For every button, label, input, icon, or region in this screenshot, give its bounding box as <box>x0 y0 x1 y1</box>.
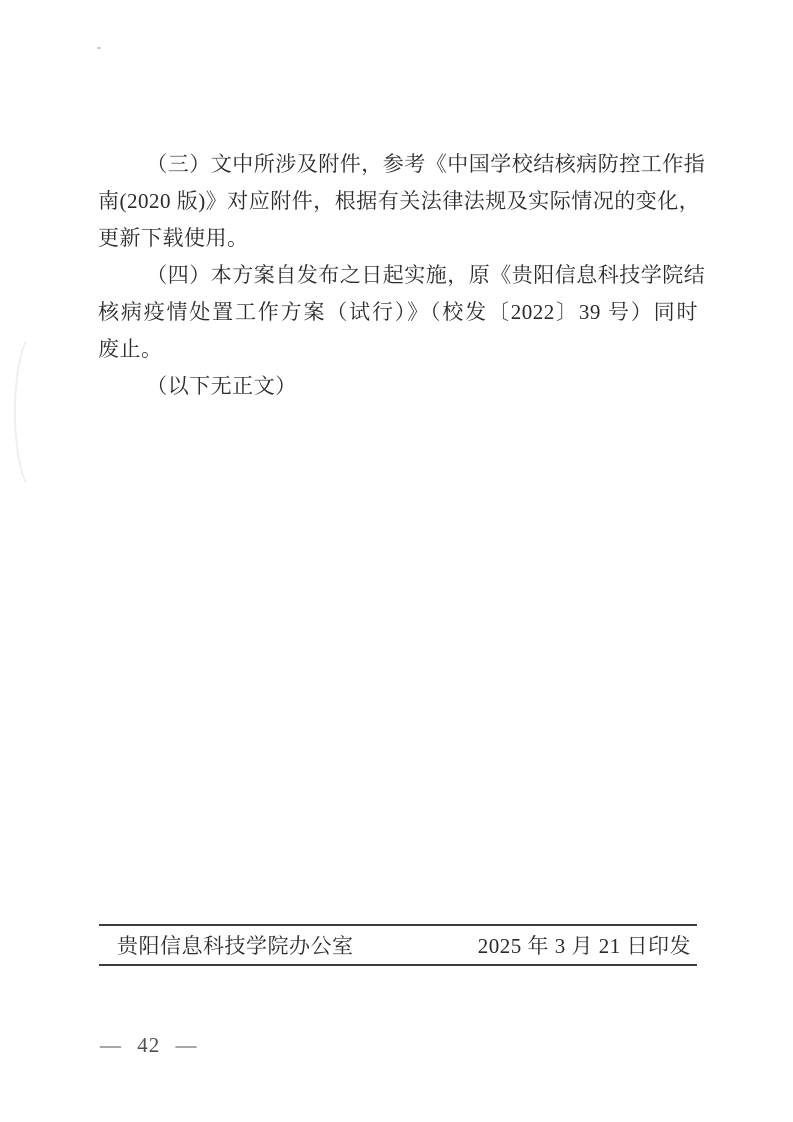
body-line: 南(2020 版)》对应附件，根据有关法律法规及实际情况的变化， <box>98 183 698 220</box>
body-line: （三）文中所涉及附件，参考《中国学校结核病防控工作指 <box>98 146 698 183</box>
print-date: 2025 年 3 月 21 日印发 <box>478 930 691 960</box>
body-line: 更新下载使用。 <box>98 220 698 257</box>
body-line: 废止。 <box>98 331 698 368</box>
issuing-office: 贵阳信息科技学院办公室 <box>117 930 354 960</box>
body-line: 核病疫情处置工作方案（试行）》（校发〔2022〕39 号）同时 <box>98 294 698 331</box>
colophon: 贵阳信息科技学院办公室 2025 年 3 月 21 日印发 <box>99 924 697 966</box>
document-body: （三）文中所涉及附件，参考《中国学校结核病防控工作指 南(2020 版)》对应附… <box>98 146 698 405</box>
body-line: （四）本方案自发布之日起实施，原《贵阳信息科技学院结 <box>98 257 698 294</box>
no-more-text-note: （以下无正文） <box>98 368 698 405</box>
document-page: （三）文中所涉及附件，参考《中国学校结核病防控工作指 南(2020 版)》对应附… <box>0 0 793 1122</box>
scan-artifact <box>14 330 58 494</box>
page-number: — 42 — <box>100 1031 198 1059</box>
scan-speck <box>97 47 101 49</box>
